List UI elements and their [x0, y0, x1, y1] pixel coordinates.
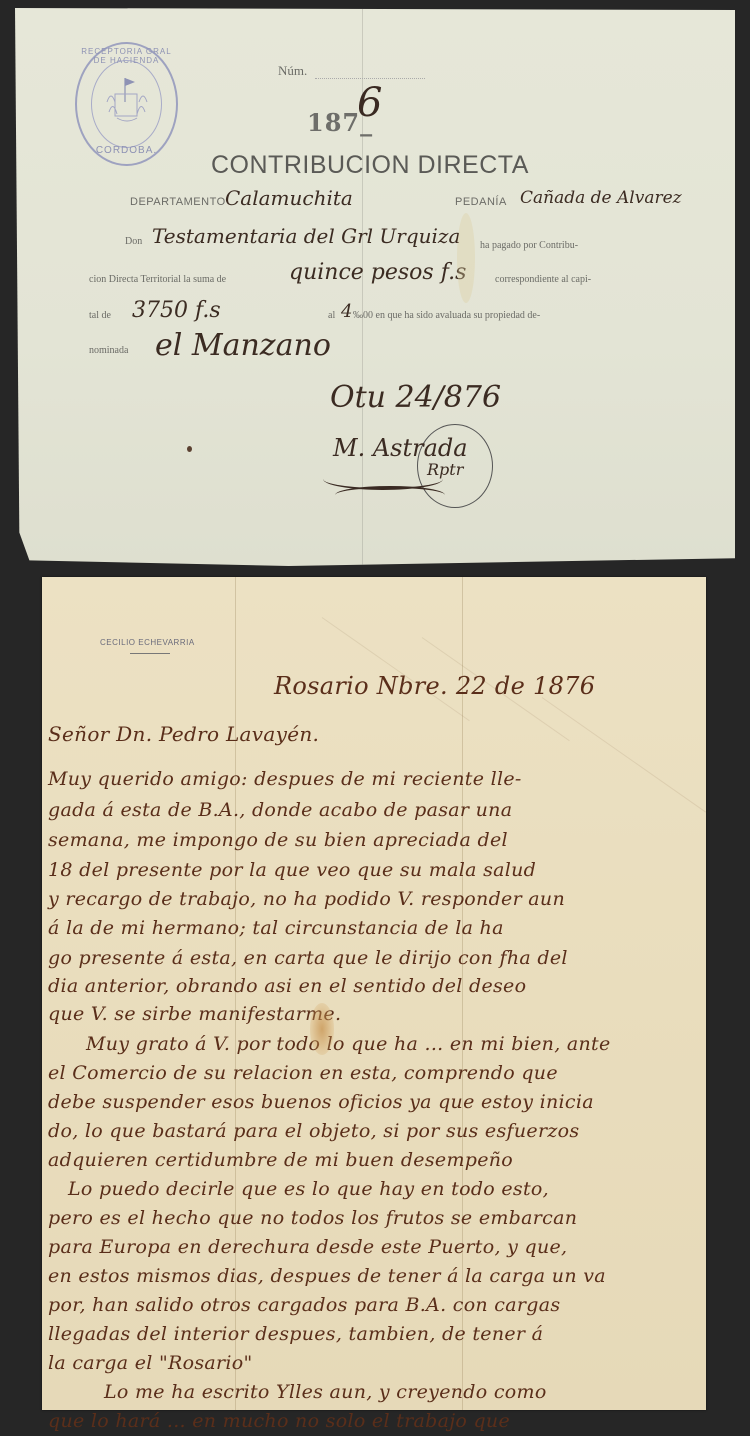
receipt-line2-text: cion Directa Territorial la suma de — [89, 274, 226, 285]
pedania-value: Cañada de Alvarez — [520, 188, 682, 208]
seal-top-text: RECEPTORIA GRAL DE HACIENDA — [77, 47, 176, 65]
receipt-line3-text: tal de — [89, 310, 111, 321]
coat-of-arms-icon — [103, 72, 151, 130]
ink-spot — [187, 446, 192, 452]
pedania-label: PEDANÍA — [455, 196, 507, 208]
letter-line: Lo puedo decirle que es lo que hay en to… — [68, 1178, 549, 1200]
letter-line: el Comercio de su relacion en esta, comp… — [48, 1062, 558, 1084]
paper-stain — [457, 213, 475, 303]
number-blank-line — [315, 78, 425, 79]
receptoria-seal: RECEPTORIA GRAL DE HACIENDA CORDOBA. — [75, 42, 178, 166]
rate-prefix: al — [328, 310, 335, 321]
handwritten-date: Otu 24/876 — [330, 380, 501, 415]
don-label: Don — [125, 236, 142, 247]
letter-line: por, han salido otros cargados para B.A.… — [48, 1294, 560, 1316]
letter-line: gada á esta de B.A., donde acabo de pasa… — [48, 799, 512, 821]
rate-value: 4 — [341, 301, 352, 322]
letter-salutation: Señor Dn. Pedro Lavayén. — [48, 722, 319, 746]
letter-line: en estos mismos dias, despues de tener á… — [48, 1265, 606, 1287]
letter-line: Lo me ha escrito Ylles aun, y creyendo c… — [104, 1381, 547, 1403]
signature-underline — [335, 486, 445, 504]
receipt-line1-text: ha pagado por Contribu- — [480, 240, 578, 251]
letter-line: llegadas del interior despues, tambien, … — [48, 1323, 543, 1345]
bleed-through — [322, 617, 470, 721]
property-name: el Manzano — [155, 328, 331, 363]
letter-line: Muy querido amigo: despues de mi recient… — [48, 768, 522, 790]
letterhead-rule — [130, 653, 170, 654]
document-title: CONTRIBUCION DIRECTA — [211, 151, 529, 180]
letter-line: Muy grato á V. por todo lo que ha ... en… — [86, 1033, 611, 1055]
letter-line: debe suspender esos buenos oficios ya qu… — [48, 1091, 594, 1113]
letter-line: la carga el "Rosario" — [48, 1352, 253, 1374]
letter-date: Rosario Nbre. 22 de 1876 — [274, 672, 595, 700]
handwritten-year-digit: 6 — [357, 80, 382, 126]
departamento-label: DEPARTAMENTO — [130, 196, 226, 208]
seal-bottom-text: CORDOBA. — [77, 145, 176, 156]
receipt-line2-end: correspondiente al capi- — [495, 274, 591, 285]
receipt-line3-end: ‰00 en que ha sido avaluada su propiedad… — [353, 310, 540, 321]
number-label: Núm. — [278, 63, 307, 79]
amount-words: quince pesos f.s — [289, 260, 466, 285]
letter-line: pero es el hecho que no todos los frutos… — [48, 1207, 577, 1229]
capital-value: 3750 f.s — [132, 298, 221, 323]
tax-receipt-document: RECEPTORIA GRAL DE HACIENDA CORDOBA. Núm… — [15, 8, 735, 566]
letterhead: CECILIO ECHEVARRIA — [100, 638, 195, 647]
letter-line: semana, me impongo de su bien apreciada … — [48, 829, 508, 851]
letter-line: y recargo de trabajo, no ha podido V. re… — [48, 888, 565, 910]
letter-line: á la de mi hermano; tal circunstancia de… — [48, 917, 504, 939]
receipt-line4-text: nominada — [89, 345, 128, 356]
bleed-through — [542, 697, 706, 813]
letter-line: do, lo que bastará para el objeto, si po… — [48, 1120, 579, 1142]
letter-line: adquieren certidumbre de mi buen desempe… — [48, 1149, 513, 1171]
signature: M. Astrada — [333, 434, 468, 462]
letter-line: que lo hará ... en mucho no solo el trab… — [48, 1410, 510, 1432]
handwritten-letter: CECILIO ECHEVARRIA Rosario Nbre. 22 de 1… — [42, 577, 706, 1410]
water-stain — [310, 1003, 334, 1055]
departamento-value: Calamuchita — [225, 186, 353, 210]
letter-line: que V. se sirbe manifestarme. — [48, 1003, 341, 1025]
letter-line: 18 del presente por la que veo que su ma… — [48, 859, 536, 881]
don-value: Testamentaria del Grl Urquiza — [152, 224, 460, 248]
letter-line: dia anterior, obrando asi en el sentido … — [48, 975, 526, 997]
letter-line: go presente á esta, en carta que le diri… — [48, 947, 568, 969]
letter-line: para Europa en derechura desde este Puer… — [48, 1236, 567, 1258]
